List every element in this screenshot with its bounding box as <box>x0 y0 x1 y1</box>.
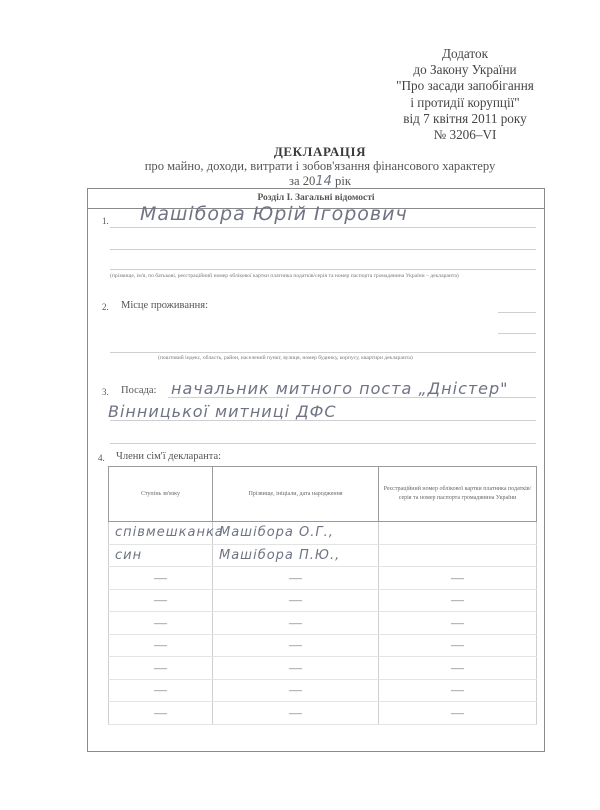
cell-name: — <box>213 679 379 702</box>
item-2-number: 2. <box>102 302 109 312</box>
cell-relation: син <box>109 544 213 567</box>
header-tax-id: Реєстраційний номер облікової картки пла… <box>379 467 537 522</box>
position-line-1: начальник митного поста „Дністер" <box>171 379 509 398</box>
table-header-row: Ступінь зв'язку Прізвище, ініціали, дата… <box>109 467 537 522</box>
item-4-label: Члени сім'ї декларанта: <box>116 451 221 462</box>
item-3-number: 3. <box>102 387 109 397</box>
cell-name: — <box>213 634 379 657</box>
cell-tax-id: — <box>379 634 537 657</box>
item-3-line <box>110 420 536 421</box>
item-3-line <box>110 443 536 444</box>
item-2-caption: (поштовий індекс, область, район, населе… <box>158 355 413 361</box>
cell-name: Машібора О.Г., <box>213 522 379 545</box>
cell-name: — <box>213 612 379 635</box>
appendix-line: до Закону України <box>360 62 570 78</box>
appendix-reference: Додаток до Закону України "Про засади за… <box>360 46 570 143</box>
table-row: синМашібора П.Ю., <box>109 544 537 567</box>
declaration-subtitle: про майно, доходи, витрати і зобов'язанн… <box>100 159 540 174</box>
table-row: співмешканкаМашібора О.Г., <box>109 522 537 545</box>
item-2-label: Місце проживання: <box>121 300 208 311</box>
family-members-table: Ступінь зв'язку Прізвище, ініціали, дата… <box>108 466 537 725</box>
item-3-line <box>168 397 536 398</box>
item-1-line <box>110 269 536 270</box>
section-frame: Розділ І. Загальні відомості 1. Машібора… <box>87 188 545 752</box>
appendix-line: від 7 квітня 2011 року <box>360 111 570 127</box>
item-1-line <box>110 249 536 250</box>
cell-tax-id: — <box>379 567 537 590</box>
cell-tax-id: — <box>379 612 537 635</box>
cell-relation: — <box>109 567 213 590</box>
declaration-year: за 2014 рік <box>100 174 540 189</box>
table-row: ——— <box>109 702 537 725</box>
cell-tax-id <box>379 544 537 567</box>
item-2-line <box>498 312 536 313</box>
table-row: ——— <box>109 657 537 680</box>
cell-relation: — <box>109 612 213 635</box>
cell-name: — <box>213 702 379 725</box>
cell-name: — <box>213 589 379 612</box>
appendix-line: Додаток <box>360 46 570 62</box>
position-line-2: Вінницької митниці ДФС <box>108 402 337 421</box>
cell-name: — <box>213 567 379 590</box>
cell-tax-id: — <box>379 679 537 702</box>
cell-relation: — <box>109 702 213 725</box>
year-prefix: за 20 <box>289 174 315 188</box>
cell-name: Машібора П.Ю., <box>213 544 379 567</box>
item-1-line <box>110 227 536 228</box>
item-3-label: Посада: <box>121 385 156 396</box>
item-4-number: 4. <box>98 453 105 463</box>
declaration-title: ДЕКЛАРАЦІЯ <box>100 144 540 160</box>
declarant-name: Машібора Юрій Ігорович <box>140 203 408 225</box>
cell-tax-id: — <box>379 657 537 680</box>
cell-tax-id: — <box>379 589 537 612</box>
cell-tax-id: — <box>379 702 537 725</box>
item-2-line <box>498 333 536 334</box>
appendix-line: і протидії корупції" <box>360 95 570 111</box>
year-handwritten: 14 <box>315 174 332 189</box>
item-1-caption: (прізвище, ім'я, по батькові, реєстрацій… <box>110 273 459 279</box>
table-row: ——— <box>109 612 537 635</box>
cell-relation: співмешканка <box>109 522 213 545</box>
cell-relation: — <box>109 657 213 680</box>
cell-relation: — <box>109 634 213 657</box>
table-row: ——— <box>109 634 537 657</box>
appendix-line: № 3206–VI <box>360 127 570 143</box>
table-row: ——— <box>109 679 537 702</box>
item-1-number: 1. <box>102 216 109 226</box>
cell-name: — <box>213 657 379 680</box>
cell-tax-id <box>379 522 537 545</box>
cell-relation: — <box>109 679 213 702</box>
header-relation: Ступінь зв'язку <box>109 467 213 522</box>
table-row: ——— <box>109 589 537 612</box>
item-2-line <box>110 352 536 353</box>
appendix-line: "Про засади запобігання <box>360 78 570 94</box>
header-name-dob: Прізвище, ініціали, дата народження <box>213 467 379 522</box>
year-suffix: рік <box>332 174 351 188</box>
table-row: ——— <box>109 567 537 590</box>
cell-relation: — <box>109 589 213 612</box>
